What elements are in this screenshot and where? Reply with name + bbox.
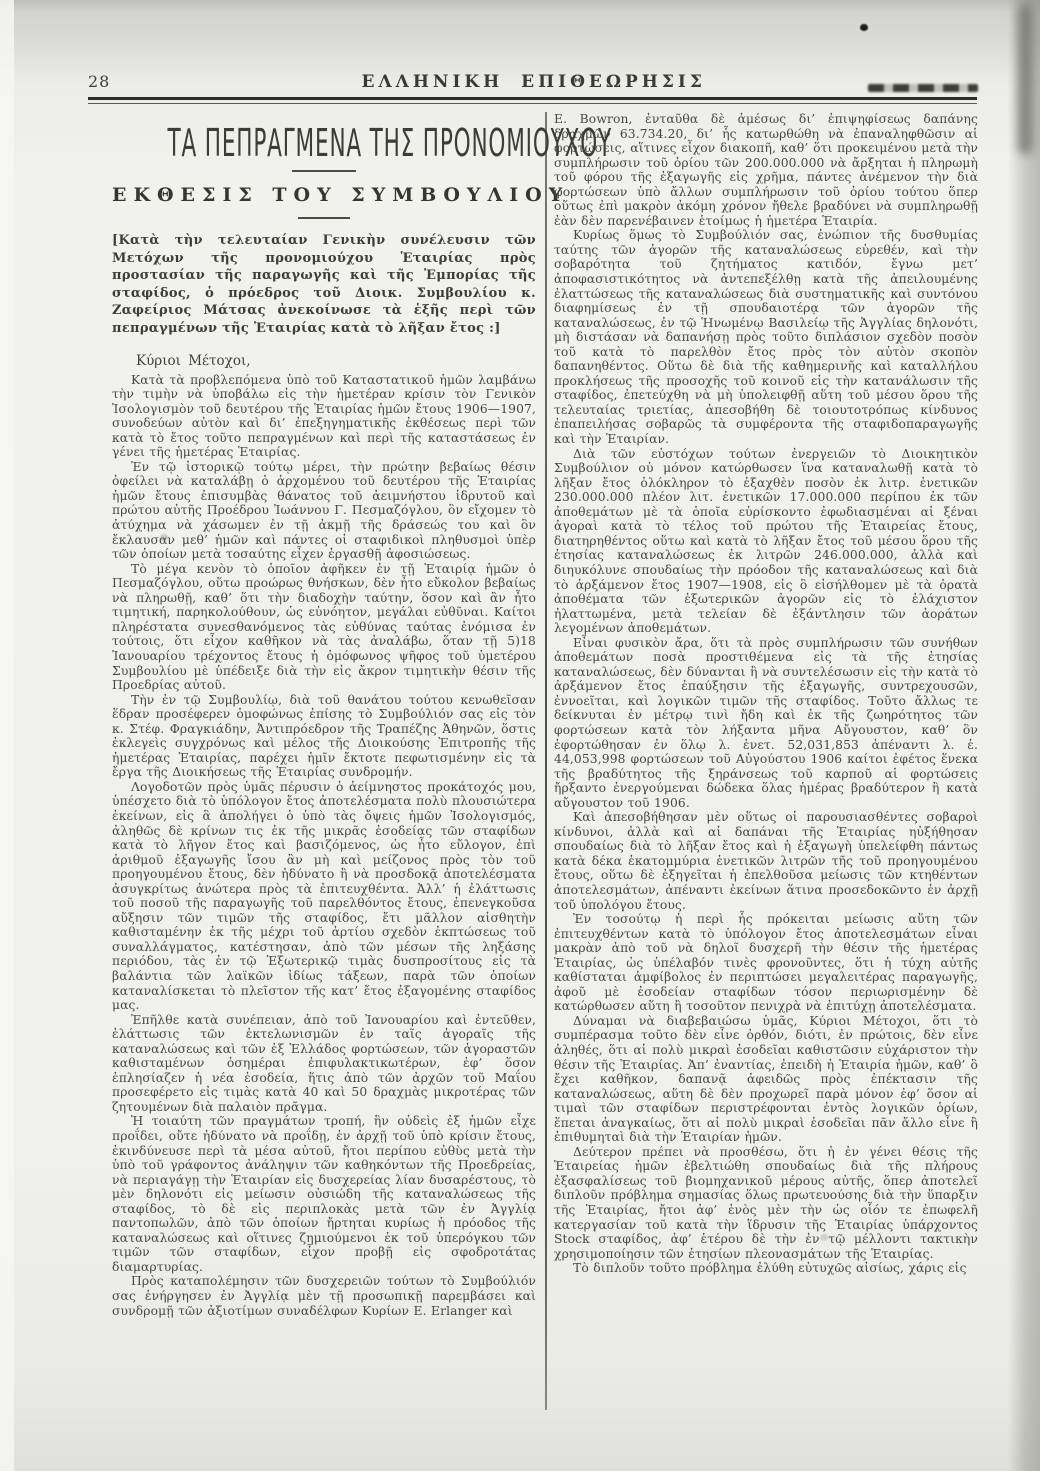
title-rule: [292, 170, 356, 172]
paragraph: E. Bowron, ἐνταῦθα δὲ ἀμέσως δι’ ἐπιψηφί…: [554, 112, 978, 228]
column-divider: [545, 112, 547, 1410]
scan-edge-smudge: [1018, 4, 1033, 154]
left-column: ΤΑ ΠΕΠΡΑΓΜΕΝΑ ΤΗΣ ΠΡΟΝΟΜΙΟΥΧΟΥ ΕΚΘΕΣΙΣ Τ…: [112, 110, 536, 1410]
article-body: ΤΑ ΠΕΠΡΑΓΜΕΝΑ ΤΗΣ ΠΡΟΝΟΜΙΟΥΧΟΥ ΕΚΘΕΣΙΣ Τ…: [112, 110, 978, 1410]
paragraph: Ἐν τῷ ἱστορικῷ τούτῳ μέρει, τὴν πρώτην β…: [112, 460, 536, 562]
paragraph: Ἐν τοσούτῳ ἡ περὶ ἧς πρόκειται μείωσις α…: [554, 912, 978, 1014]
page-header: 28 ΕΛΛΗΝΙΚΗ ΕΠΙΘΕΩΡΗΣΙΣ: [88, 72, 977, 92]
paragraph: Ἡ τοιαύτη τῶν πραγμάτων τροπή, ἣν οὐδεὶς…: [112, 1114, 536, 1274]
scanned-page: 28 ΕΛΛΗΝΙΚΗ ΕΠΙΘΕΩΡΗΣΙΣ ΤΑ ΠΕΠΡΑΓΜΕΝΑ ΤΗ…: [0, 0, 1040, 1471]
salutation: Κύριοι Μέτοχοι,: [112, 353, 536, 369]
paragraph: Καὶ ἀπεσοβήθησαν μὲν οὕτως οἱ παρουσιασθ…: [554, 810, 978, 912]
ink-dot: [860, 24, 868, 31]
subtitle-rule: [298, 217, 350, 219]
paragraph: Τὸ διπλοῦν τοῦτο πρόβλημα ἐλύθη εὐτυχῶς …: [554, 1261, 978, 1276]
header-rule: [88, 97, 977, 104]
paragraph: Λογοδοτῶν πρὸς ὑμᾶς πέρυσιν ὁ ἀείμνηστος…: [112, 780, 536, 1013]
paragraph: Διὰ τῶν εὐστόχων τούτων ἐνεργειῶν τὸ Διο…: [554, 447, 978, 636]
page-left-margin: [0, 0, 14, 1471]
paragraph: Δύναμαι νὰ διαβεβαιώσω ὑμᾶς, Κύριοι Μέτο…: [554, 1014, 978, 1145]
paragraph: Πρὸς καταπολέμησιν τῶν δυσχερειῶν τούτων…: [112, 1274, 536, 1318]
paragraph: Δεύτερον πρέπει νὰ προσθέσω, ὅτι ἡ ἐν γέ…: [554, 1145, 978, 1261]
paragraph: Κατὰ τὰ προβλεπόμενα ὑπὸ τοῦ Καταστατικο…: [112, 373, 536, 460]
masthead: ΕΛΛΗΝΙΚΗ ΕΠΙΘΕΩΡΗΣΙΣ: [100, 72, 967, 92]
right-column: E. Bowron, ἐνταῦθα δὲ ἀμέσως δι’ ἐπιψηφί…: [554, 110, 978, 1410]
article-subtitle: ΕΚΘΕΣΙΣ ΤΟΥ ΣΥΜΒΟΥΛΙΟΥ: [112, 184, 536, 206]
article-lede: [Κατὰ τὴν τελευταίαν Γενικὴν συνέλευσιν …: [112, 232, 536, 338]
rule-smudge: [868, 84, 978, 92]
paragraph: Ἐπῆλθε κατὰ συνέπειαν, ἀπὸ τοῦ Ἰανουαρίο…: [112, 1013, 536, 1115]
paragraph: Τὸ μέγα κενὸν τὸ ὁποῖον ἀφῆκεν ἐν τῇ Ἑτα…: [112, 562, 536, 693]
scan-edge-shadow: [1008, 0, 1040, 1471]
paragraph: Τὴν ἐν τῷ Συμβουλίῳ, διὰ τοῦ θανάτου τού…: [112, 693, 536, 780]
paragraph: Εἶναι φυσικὸν ἄρα, ὅτι τὰ πρὸς συμπλήρωσ…: [554, 636, 978, 811]
article-title: ΤΑ ΠΕΠΡΑΓΜΕΝΑ ΤΗΣ ΠΡΟΝΟΜΙΟΥΧΟΥ: [112, 116, 536, 154]
paragraph: Κυρίως ὅμως τὸ Συμβούλιόν σας, ἐνώπιον τ…: [554, 228, 978, 446]
